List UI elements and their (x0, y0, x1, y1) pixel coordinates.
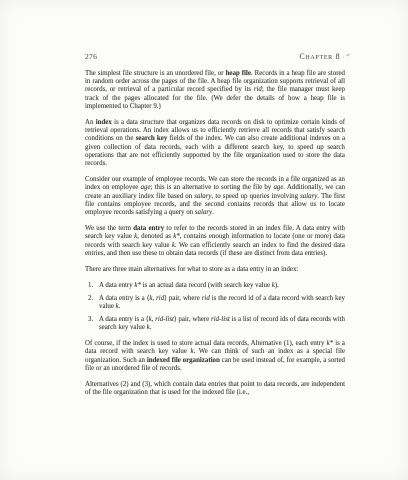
chapter-header: Chapter 8· (299, 52, 345, 61)
text-run: indexed file organization (147, 357, 220, 364)
paragraph-heap-file: The simplest file structure is an unorde… (85, 70, 345, 111)
text-run: The simplest file structure is an unorde… (85, 70, 226, 77)
page-body: The simplest file structure is an unorde… (85, 70, 345, 406)
running-head: 276 Chapter 8· (85, 52, 345, 61)
page-number: 276 (85, 52, 97, 61)
text-run: rid (156, 295, 164, 302)
text-run: ). (275, 282, 279, 289)
text-run: Of course, if the index is used to store… (85, 340, 327, 347)
scan-artifact (346, 53, 350, 56)
text-run: search key (136, 135, 168, 142)
list-item-number: 3. (88, 316, 93, 324)
list-item-number: 2. (88, 295, 93, 303)
paragraph-alternatives-2-3: Alternatives (2) and (3), which contain … (85, 381, 345, 397)
text-run: ⟩ pair, where (174, 316, 211, 323)
header-mark: · (342, 55, 345, 61)
paragraph-alternative-1: Of course, if the index is used to store… (85, 340, 345, 373)
text-run: We use the term (85, 225, 133, 232)
paragraph-alternatives-intro: There are three main alternatives for wh… (85, 266, 345, 274)
text-run: . (119, 303, 121, 310)
chapter-header-text: Chapter 8 (299, 52, 340, 61)
text-run: A data entry (99, 282, 134, 289)
text-run: An (85, 119, 96, 126)
list-item: 1.A data entry k* is an actual data reco… (88, 282, 345, 290)
book-page: 276 Chapter 8· The simplest file structu… (0, 0, 408, 480)
text-run: heap file (226, 70, 251, 77)
text-run: age (273, 184, 283, 191)
list-item: 2.A data entry is a ⟨k, rid⟩ pair, where… (88, 295, 345, 311)
text-run: salary (194, 193, 211, 200)
text-run: index (96, 119, 112, 126)
alternatives-list: 1.A data entry k* is an actual data reco… (85, 282, 345, 332)
list-item: 3.A data entry is a ⟨k, rid-list⟩ pair, … (88, 316, 345, 332)
text-run: A data entry is a ⟨ (99, 316, 149, 323)
list-item-number: 1. (88, 282, 93, 290)
text-run: ; this is an alternative to sorting the … (151, 184, 274, 191)
paragraph-index: An index is a data structure that organi… (85, 119, 345, 168)
text-run: age (141, 184, 151, 191)
text-run: rid (202, 295, 210, 302)
text-run: A data entry is a ⟨ (99, 295, 149, 302)
text-run: . (150, 324, 152, 331)
paragraph-employee-example: Consider our example of employee records… (85, 176, 345, 217)
text-run: rid-list (211, 316, 230, 323)
text-run: , to speed up queries involving (212, 193, 301, 200)
text-run: salary (300, 193, 317, 200)
text-run: rid-list (155, 316, 174, 323)
text-run: , denoted as (137, 233, 173, 240)
paragraph-data-entry: We use the term data entry to refer to t… (85, 225, 345, 258)
text-run: ⟩ pair, where (164, 295, 202, 302)
text-run: data entry (133, 225, 164, 232)
text-run: rid (254, 86, 262, 93)
text-run: There are three main alternatives for wh… (85, 266, 298, 273)
text-run: . (212, 209, 214, 216)
text-run: Alternatives (2) and (3), which contain … (85, 381, 345, 396)
text-run: salary (195, 209, 212, 216)
text-run: is an actual data record (with search ke… (141, 282, 272, 289)
